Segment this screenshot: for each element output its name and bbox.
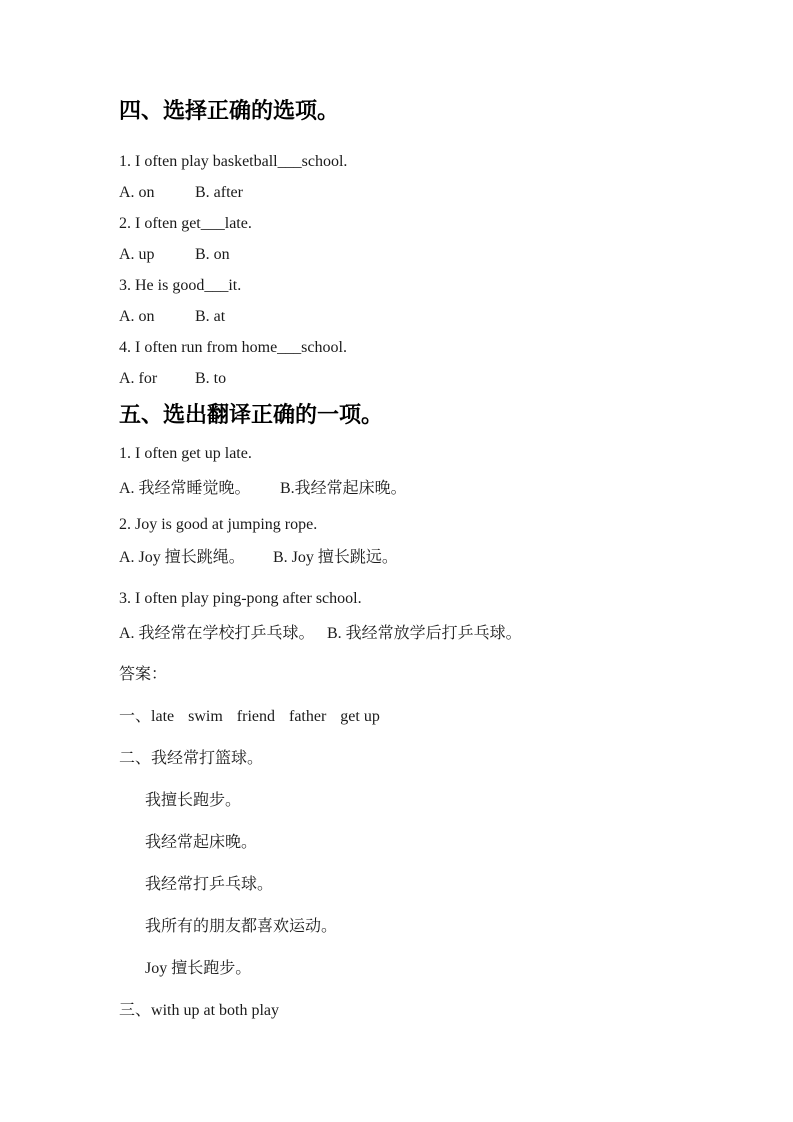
answer-part-two-line-3: 我经常起床晚。 [145, 832, 703, 853]
section-five-title: 五、选出翻译正确的一项。 [119, 401, 703, 428]
s5-q2-option-a: A. Joy 擅长跳绳。 [119, 547, 273, 568]
s4-q3-option-b: B. at [195, 308, 225, 325]
answer-part-two-line-2: 我擅长跑步。 [145, 790, 703, 811]
answer-three-prefix: 三、 [119, 1000, 151, 1021]
answer-one-word-4: father [289, 706, 326, 727]
s4-q3-option-a: A. on [119, 307, 195, 327]
worksheet-page: 四、选择正确的选项。 1. I often play basketball___… [0, 0, 793, 1122]
answer-part-one: 一、lateswimfriendfatherget up [119, 706, 703, 727]
answer-two-prefix: 二、 [119, 748, 151, 769]
answer-part-two-line-1: 二、我经常打篮球。 [119, 748, 703, 769]
s5-question-3: 3. I often play ping-pong after school. [119, 589, 703, 609]
s5-question-2-options: A. Joy 擅长跳绳。B. Joy 擅长跳远。 [119, 547, 703, 568]
s5-q3-option-a: A. 我经常在学校打乒乓球。 [119, 623, 327, 644]
s4-q4-option-b: B. to [195, 370, 226, 387]
s4-question-1: 1. I often play basketball___school. [119, 152, 703, 172]
s5-q1-option-a: A. 我经常睡觉晚。 [119, 478, 280, 499]
s5-question-3-options: A. 我经常在学校打乒乓球。B. 我经常放学后打乒乓球。 [119, 623, 703, 644]
s4-q4-option-a: A. for [119, 369, 195, 389]
s5-question-2: 2. Joy is good at jumping rope. [119, 515, 703, 535]
s5-question-1: 1. I often get up late. [119, 444, 703, 464]
s5-q3-option-b: B. 我经常放学后打乒乓球。 [327, 625, 522, 642]
s4-q1-option-b: B. after [195, 184, 243, 201]
answer-one-word-5: get up [340, 706, 380, 727]
s4-question-3: 3. He is good___it. [119, 276, 703, 296]
answer-one-word-1: late [151, 706, 174, 727]
s5-q2-option-b: B. Joy 擅长跳远。 [273, 549, 398, 566]
s5-q1-option-b: B.我经常起床晚。 [280, 480, 407, 497]
answer-part-two-line-5: 我所有的朋友都喜欢运动。 [145, 916, 703, 937]
answer-part-two-line-4: 我经常打乒乓球。 [145, 874, 703, 895]
s4-q2-option-a: A. up [119, 245, 195, 265]
s4-question-2-options: A. upB. on [119, 245, 703, 265]
answer-one-word-2: swim [188, 706, 223, 727]
s5-question-1-options: A. 我经常睡觉晚。B.我经常起床晚。 [119, 478, 703, 499]
s4-q2-option-b: B. on [195, 246, 230, 263]
answers-label: 答案： [119, 664, 703, 685]
s4-q1-option-a: A. on [119, 183, 195, 203]
answer-part-two-line-6: Joy 擅长跑步。 [145, 958, 703, 979]
answer-two-text-1: 我经常打篮球。 [151, 750, 263, 767]
answer-three-text: with up at both play [151, 1002, 279, 1019]
section-four-title: 四、选择正确的选项。 [119, 97, 703, 124]
answer-one-word-3: friend [237, 706, 275, 727]
answer-one-prefix: 一、 [119, 706, 151, 727]
s4-question-3-options: A. onB. at [119, 307, 703, 327]
s4-question-4: 4. I often run from home___school. [119, 338, 703, 358]
s4-question-4-options: A. forB. to [119, 369, 703, 389]
s4-question-1-options: A. onB. after [119, 183, 703, 203]
s4-question-2: 2. I often get___late. [119, 214, 703, 234]
answer-part-three: 三、with up at both play [119, 1000, 703, 1021]
